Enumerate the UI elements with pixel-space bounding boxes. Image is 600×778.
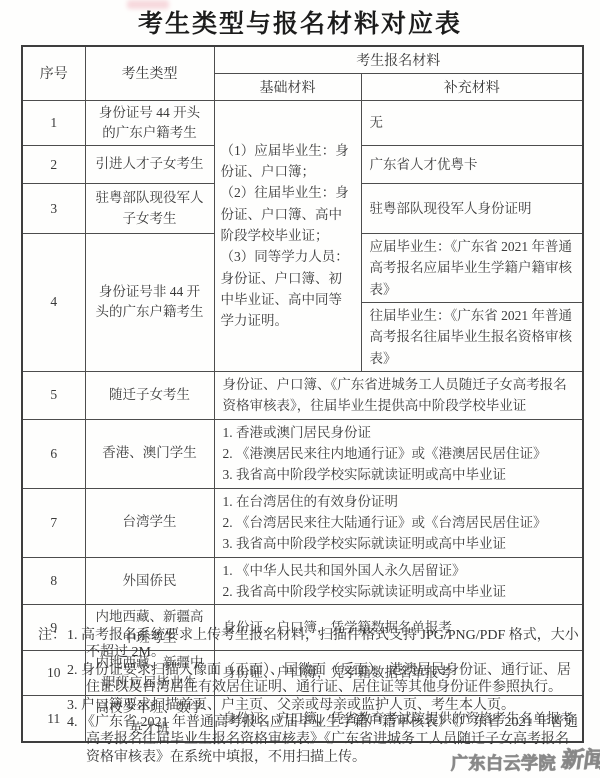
footnote-2: 2. 身份证要求扫描人像面（正面）、国徽面（反面）。港澳居民身份证、通行证、居住…	[67, 662, 580, 697]
header-materials-group: 考生报名材料	[214, 46, 583, 73]
row-6-no: 6	[22, 419, 85, 488]
row-3-no: 3	[22, 184, 85, 234]
row-5-no: 5	[22, 371, 85, 419]
row-2-no: 2	[22, 146, 85, 184]
table-row: 6 香港、澳门学生 1. 香港或澳门居民身份证 2. 《港澳居民来往内地通行证》…	[22, 419, 583, 488]
row-7-materials: 1. 在台湾居住的有效身份证明 2. 《台湾居民来往大陆通行证》或《台湾居民居住…	[214, 488, 583, 557]
row-1-type: 身份证号 44 开头的广东户籍考生	[85, 100, 214, 146]
watermark-university-name: 广东白云学院	[451, 749, 556, 774]
row-8-no: 8	[22, 557, 85, 605]
table-row: 7 台湾学生 1. 在台湾居住的有效身份证明 2. 《台湾居民来往大陆通行证》或…	[22, 488, 583, 557]
footnote-1: 1. 高考报名系统要求上传考生报名材料，扫描件格式支持 JPG/PNG/PDF …	[67, 627, 580, 662]
footnote-3: 3. 户口簿要求扫描首页、户主页、父亲或母亲或监护人页、考生本人页。	[67, 697, 580, 714]
watermark-news-net: 新闻网	[560, 743, 600, 774]
table-row: 5 随迁子女考生 身份证、户口簿、《广东省进城务工人员随迁子女高考报名资格审核表…	[22, 371, 583, 419]
table-row: 1 身份证号 44 开头的广东户籍考生 （1）应届毕业生：身份证、户口簿； （2…	[22, 100, 583, 146]
row-4-no: 4	[22, 234, 85, 372]
row-2-supplement: 广东省人才优粤卡	[361, 146, 583, 184]
header-supplement-materials: 补充材料	[361, 73, 583, 100]
row-1-supplement: 无	[361, 100, 583, 146]
site-watermark: 广东白云学院 新闻网	[451, 743, 600, 774]
row-4-type: 身份证号非 44 开头的广东户籍考生	[85, 234, 214, 372]
row-1-no: 1	[22, 100, 85, 146]
table-row: 8 外国侨民 1. 《中华人民共和国外国人永久居留证》 2. 我省高中阶段学校实…	[22, 557, 583, 605]
row-7-no: 7	[22, 488, 85, 557]
row-2-type: 引进人才子女考生	[85, 146, 214, 184]
row-5-type: 随迁子女考生	[85, 371, 214, 419]
row-8-materials: 1. 《中华人民共和国外国人永久居留证》 2. 我省高中阶段学校实际就读证明或高…	[214, 557, 583, 605]
page-title: 考生类型与报名材料对应表	[0, 4, 600, 40]
footnotes-label: 注：	[38, 627, 67, 766]
scanned-document-page: 考生类型与报名材料对应表 序号 考生类型 考生报名材料 基础材料 补充材料 1 …	[0, 0, 600, 778]
row-6-materials: 1. 香港或澳门居民身份证 2. 《港澳居民来往内地通行证》或《港澳居民居住证》…	[214, 419, 583, 488]
row-6-type: 香港、澳门学生	[85, 419, 214, 488]
header-basic-materials: 基础材料	[214, 73, 361, 100]
basic-materials-merged-cell: （1）应届毕业生：身份证、户口簿； （2）往届毕业生：身份证、户口簿、高中阶段学…	[214, 100, 361, 371]
row-5-materials: 身份证、户口簿、《广东省进城务工人员随迁子女高考报名资格审核表》，往届毕业生提供…	[214, 371, 583, 419]
header-no: 序号	[22, 46, 85, 100]
row-3-supplement: 驻粤部队现役军人身份证明	[361, 184, 583, 234]
row-8-type: 外国侨民	[85, 557, 214, 605]
row-4-supplement-current-grad: 应届毕业生：《广东省 2021 年普通高考报名应届毕业生学籍户籍审核表》	[361, 234, 583, 303]
row-3-type: 驻粤部队现役军人子女考生	[85, 184, 214, 234]
row-7-type: 台湾学生	[85, 488, 214, 557]
row-4-supplement-former-grad: 往届毕业生：《广东省 2021 年普通高考报名往届毕业生报名资格审核表》	[361, 302, 583, 371]
header-candidate-type: 考生类型	[85, 46, 214, 100]
